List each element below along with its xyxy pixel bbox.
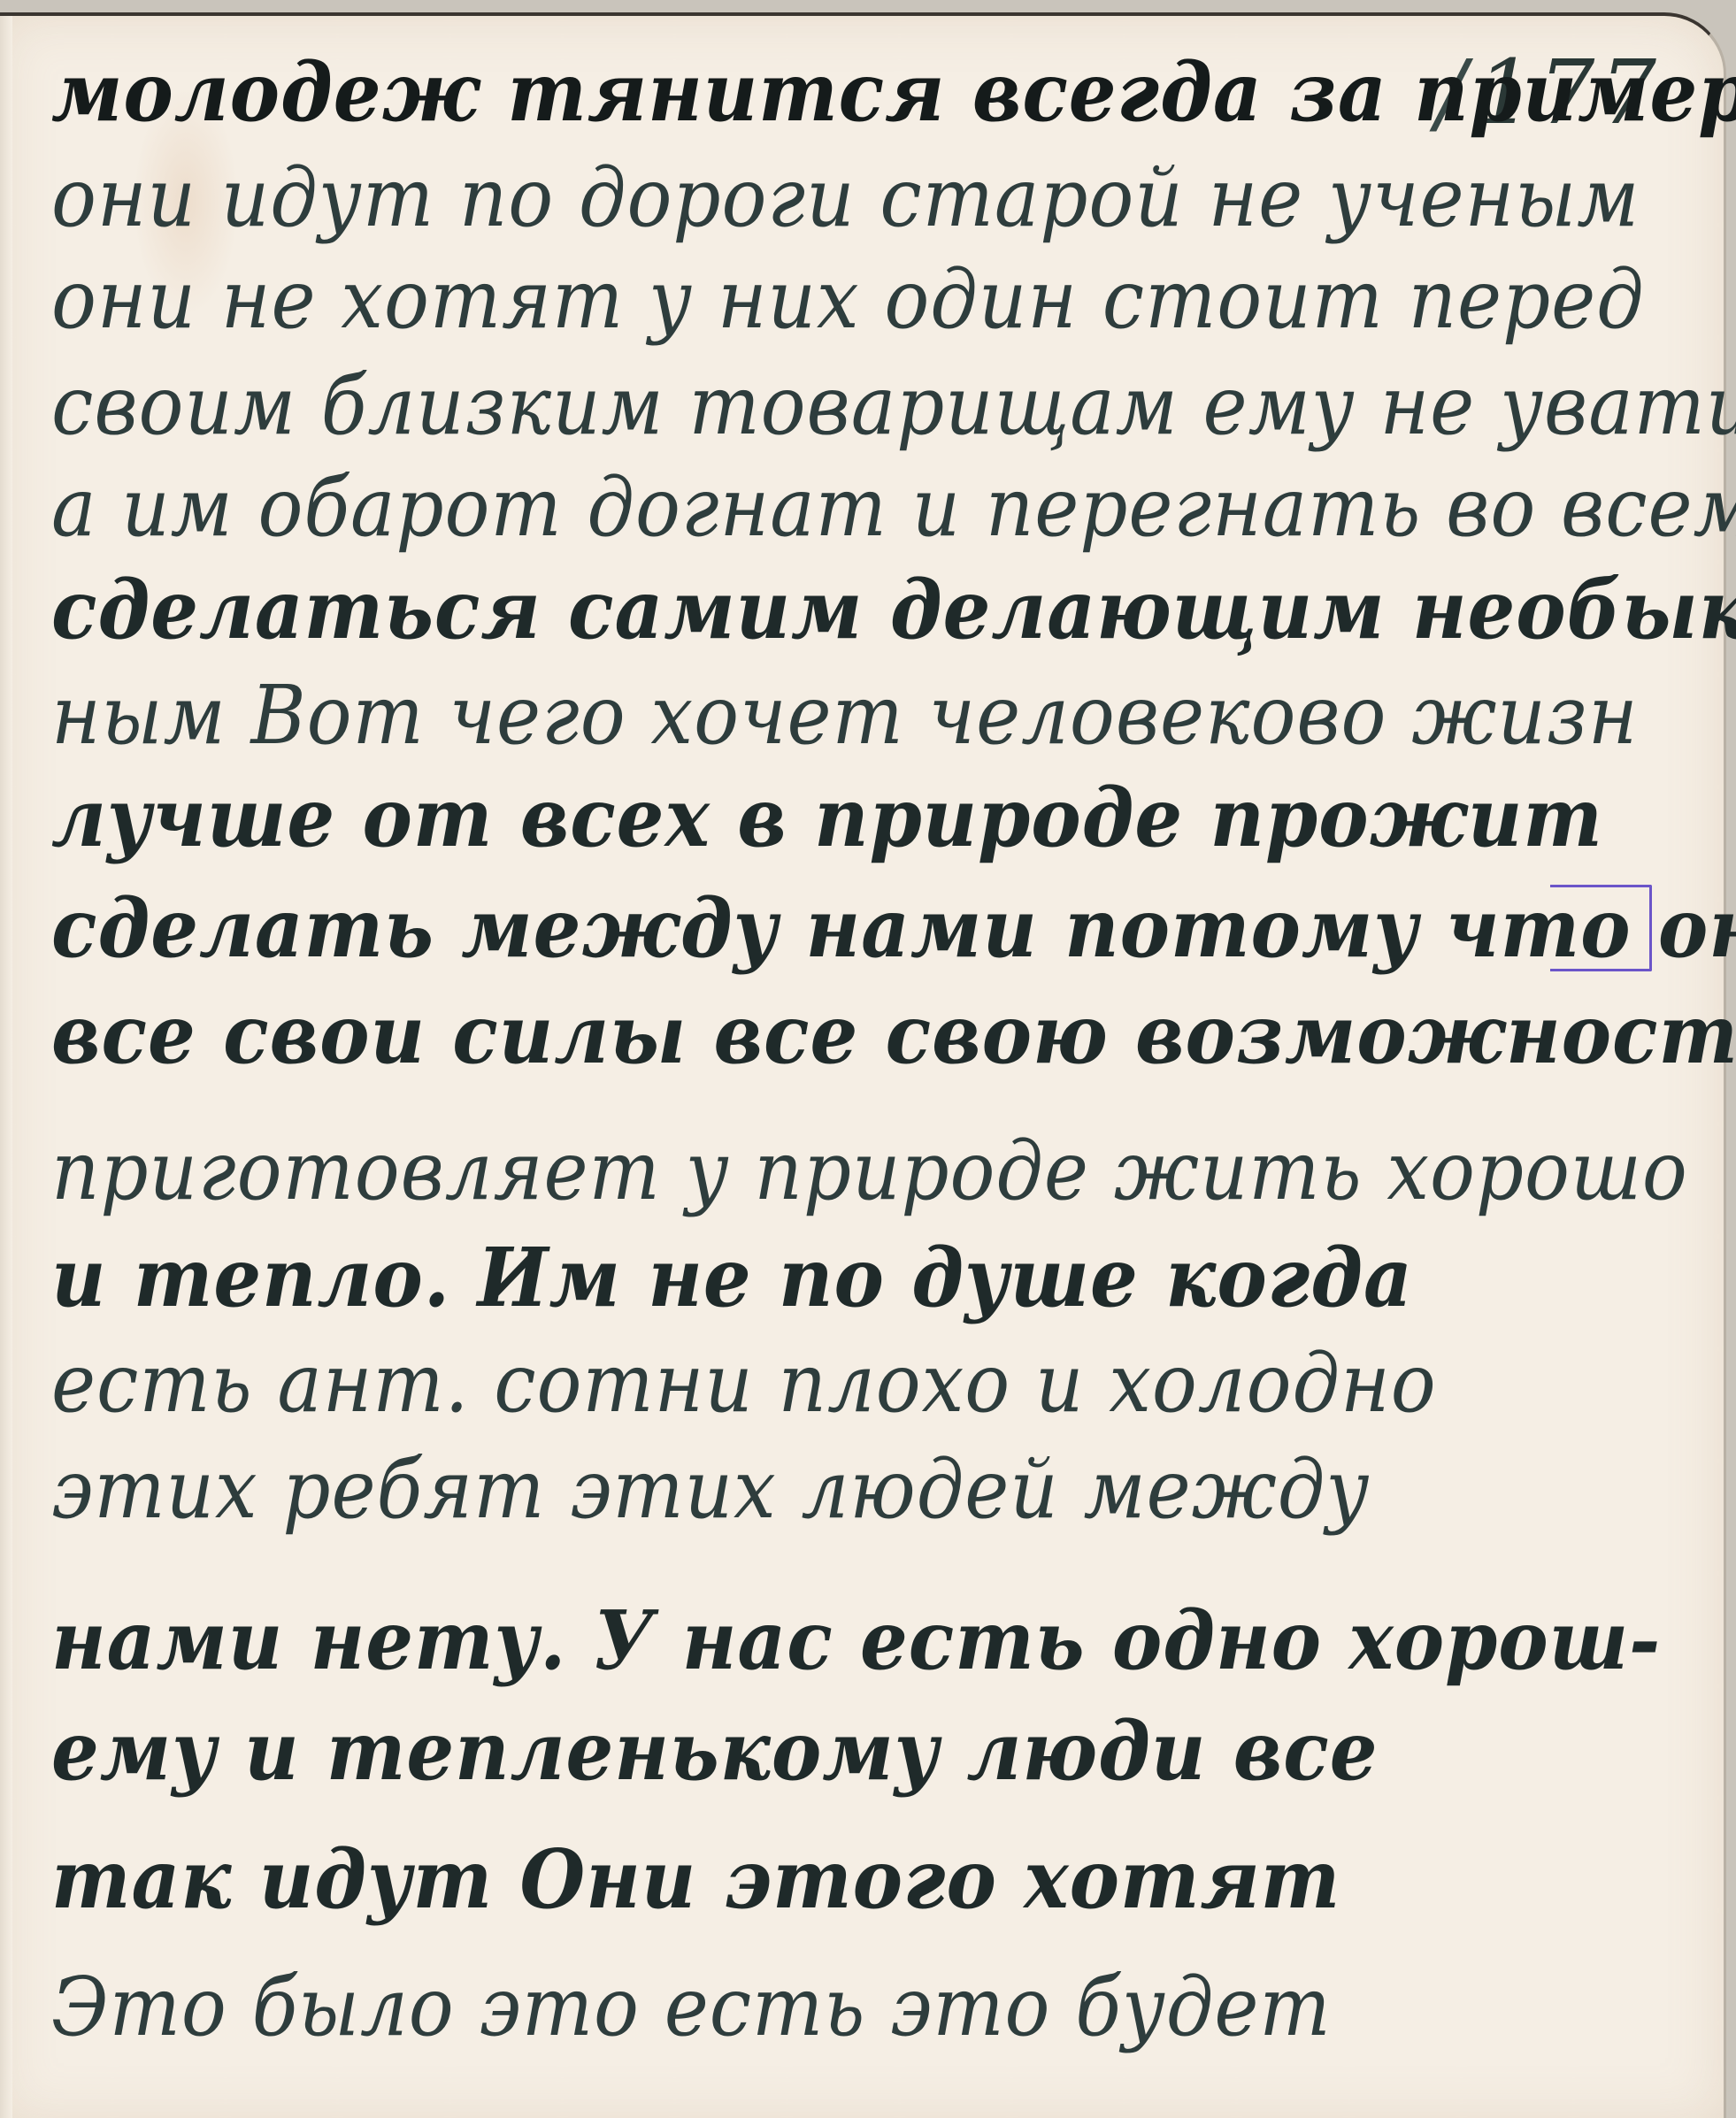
text-line: своим близким товарищам ему не уватит [51,365,1736,447]
notebook-page: /177 молодеж тянится всегда за примером … [0,12,1726,2118]
text-line: так идут Они этого хотят [51,1838,1340,1920]
text-line: молодеж тянится всегда за примером [51,51,1736,133]
text-line: ным Вот чего хочет человеково жизн [51,675,1639,756]
text-line: сделать между нами потому что он [51,887,1736,969]
editor-bracket-annotation [1550,885,1652,971]
text-line: ему и тепленькому люди все [51,1710,1378,1792]
text-line: Это было это есть это будет [51,1967,1332,2048]
text-line: приготовляет у природе жить хорошо [51,1131,1688,1212]
text-line: а им обарот догнат и перегнать во всем [51,467,1736,549]
text-line: все свои силы все свою возможност [51,994,1736,1075]
text-line: этих ребят этих людей между [51,1449,1370,1531]
text-line: нами нету. У нас есть одно хорош- [51,1600,1661,1681]
text-line: есть ант. сотни плохо и холодно [51,1343,1437,1424]
text-line: они идут по дороги старой не ученым [51,157,1640,239]
text-line: они не хотят у них один стоит перед [51,259,1645,341]
text-line: сделаться самим делающим необыкновен- [51,569,1736,650]
text-line: лучше от всех в природе прожит [51,777,1603,858]
text-line: и тепло. Им не по душе когда [51,1237,1413,1318]
